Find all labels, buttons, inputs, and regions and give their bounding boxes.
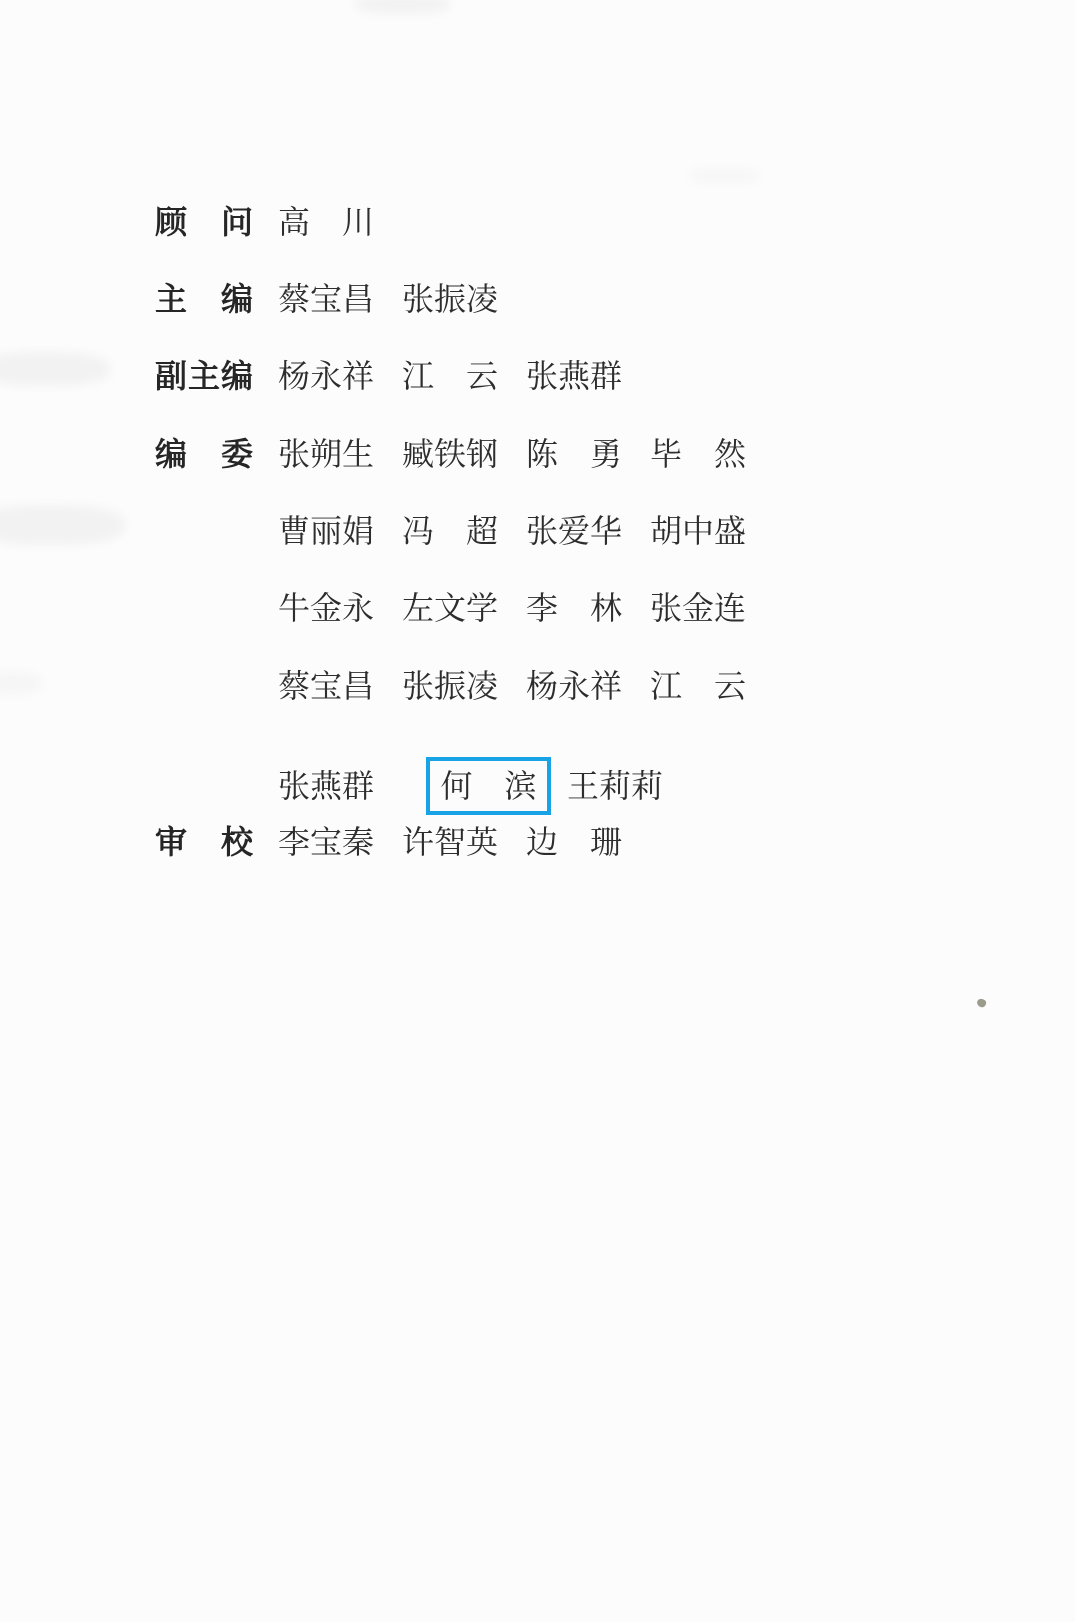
person-name: 毕 然 [650, 437, 746, 471]
person-name: 陈 勇 [526, 437, 622, 471]
person-name: 蔡宝昌 [278, 282, 374, 316]
person-name: 杨永祥 [278, 359, 374, 393]
person-name: 李宝秦 [278, 825, 374, 859]
person-name: 王莉莉 [567, 769, 663, 803]
credits-row: 审 校 李宝秦 许智英 边 珊 [0, 825, 1075, 865]
credits-row: 曹丽娟 冯 超 张爱华 胡中盛 [0, 514, 1075, 554]
person-name: 冯 超 [402, 514, 498, 548]
credits-row: 编 委 张朔生 臧铁钢 陈 勇 毕 然 [0, 437, 1075, 477]
person-name: 张振凌 [402, 282, 498, 316]
credits-row: 蔡宝昌 张振凌 杨永祥 江 云 [0, 669, 1075, 709]
highlight-box[interactable]: 何 滨 [426, 757, 551, 815]
person-name: 张燕群 [526, 359, 622, 393]
credits-row: 牛金永 左文学 李 林 张金连 [0, 591, 1075, 631]
scanned-document-page: 顾 问 高 川 主 编 蔡宝昌 张振凌 副主编 杨永祥 江 云 张燕群 编 委 … [0, 0, 1075, 1622]
credits-row: 副主编 杨永祥 江 云 张燕群 [0, 359, 1075, 399]
person-name: 李 林 [526, 591, 622, 625]
person-name: 左文学 [402, 591, 498, 625]
role-label: 顾 问 [155, 205, 254, 239]
person-name: 张金连 [650, 591, 746, 625]
person-name: 蔡宝昌 [278, 669, 374, 703]
role-label: 审 校 [155, 825, 254, 859]
scan-speck [976, 998, 987, 1009]
person-name: 张振凌 [402, 669, 498, 703]
credits-row: 主 编 蔡宝昌 张振凌 [0, 282, 1075, 322]
role-label: 副主编 [155, 359, 254, 393]
role-label: 编 委 [155, 437, 254, 471]
person-name: 边 珊 [526, 825, 622, 859]
person-name: 高 川 [278, 205, 374, 239]
person-name: 许智英 [402, 825, 498, 859]
person-name: 张燕群 [278, 769, 374, 803]
credits-row: 顾 问 高 川 [0, 205, 1075, 245]
scan-smudge [355, 0, 450, 14]
person-name: 张朔生 [278, 437, 374, 471]
role-label: 主 编 [155, 282, 254, 316]
person-name: 曹丽娟 [278, 514, 374, 548]
person-name: 江 云 [650, 669, 746, 703]
person-name: 江 云 [402, 359, 498, 393]
scan-smudge [690, 168, 760, 184]
person-name: 胡中盛 [650, 514, 746, 548]
person-name: 臧铁钢 [402, 437, 498, 471]
person-name: 牛金永 [278, 591, 374, 625]
person-name: 杨永祥 [526, 669, 622, 703]
highlighted-person-name: 何 滨 [440, 769, 536, 803]
credits-row: 张燕群 何 滨 王莉莉 [0, 757, 1075, 815]
person-name: 张爱华 [526, 514, 622, 548]
